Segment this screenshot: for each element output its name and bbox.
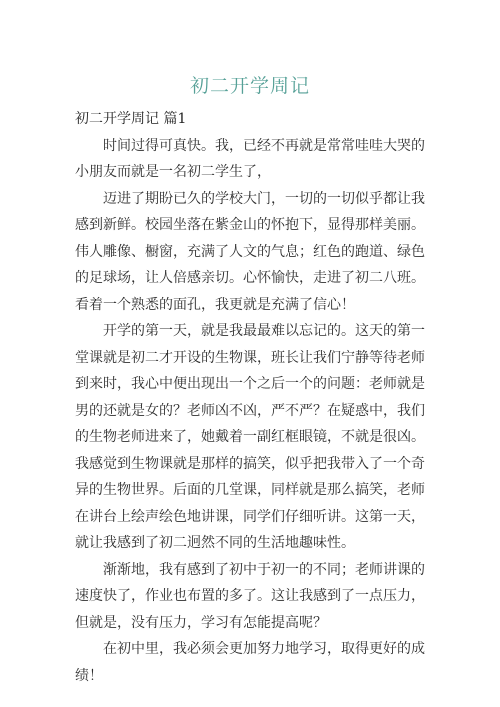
paragraph: 渐渐地，我有感到了初中于初一的不同；老师讲课的速度快了，作业也布置的多了。这让我… bbox=[75, 557, 425, 637]
document-title: 初二开学周记 bbox=[0, 72, 500, 100]
document-body: 初二开学周记 篇1 时间过得可真快。我，已经不再就是常常哇哇大哭的小朋友而就是一… bbox=[75, 106, 425, 689]
paragraph: 时间过得可真快。我，已经不再就是常常哇哇大哭的小朋友而就是一名初二学生了， bbox=[75, 133, 425, 186]
paragraph-list: 时间过得可真快。我，已经不再就是常常哇哇大哭的小朋友而就是一名初二学生了，迈进了… bbox=[75, 133, 425, 690]
paragraph: 开学的第一天，就是我最最难以忘记的。这天的第一堂课就是初二才开设的生物课，班长让… bbox=[75, 318, 425, 557]
paragraph: 迈进了期盼已久的学校大门，一切的一切似乎都让我感到新鲜。校园坐落在紫金山的怀抱下… bbox=[75, 186, 425, 319]
paragraph: 在初中里，我必须会更加努力地学习，取得更好的成绩！ bbox=[75, 636, 425, 689]
section-heading: 初二开学周记 篇1 bbox=[75, 106, 425, 133]
document-page: 初二开学周记 初二开学周记 篇1 时间过得可真快。我，已经不再就是常常哇哇大哭的… bbox=[0, 0, 500, 707]
